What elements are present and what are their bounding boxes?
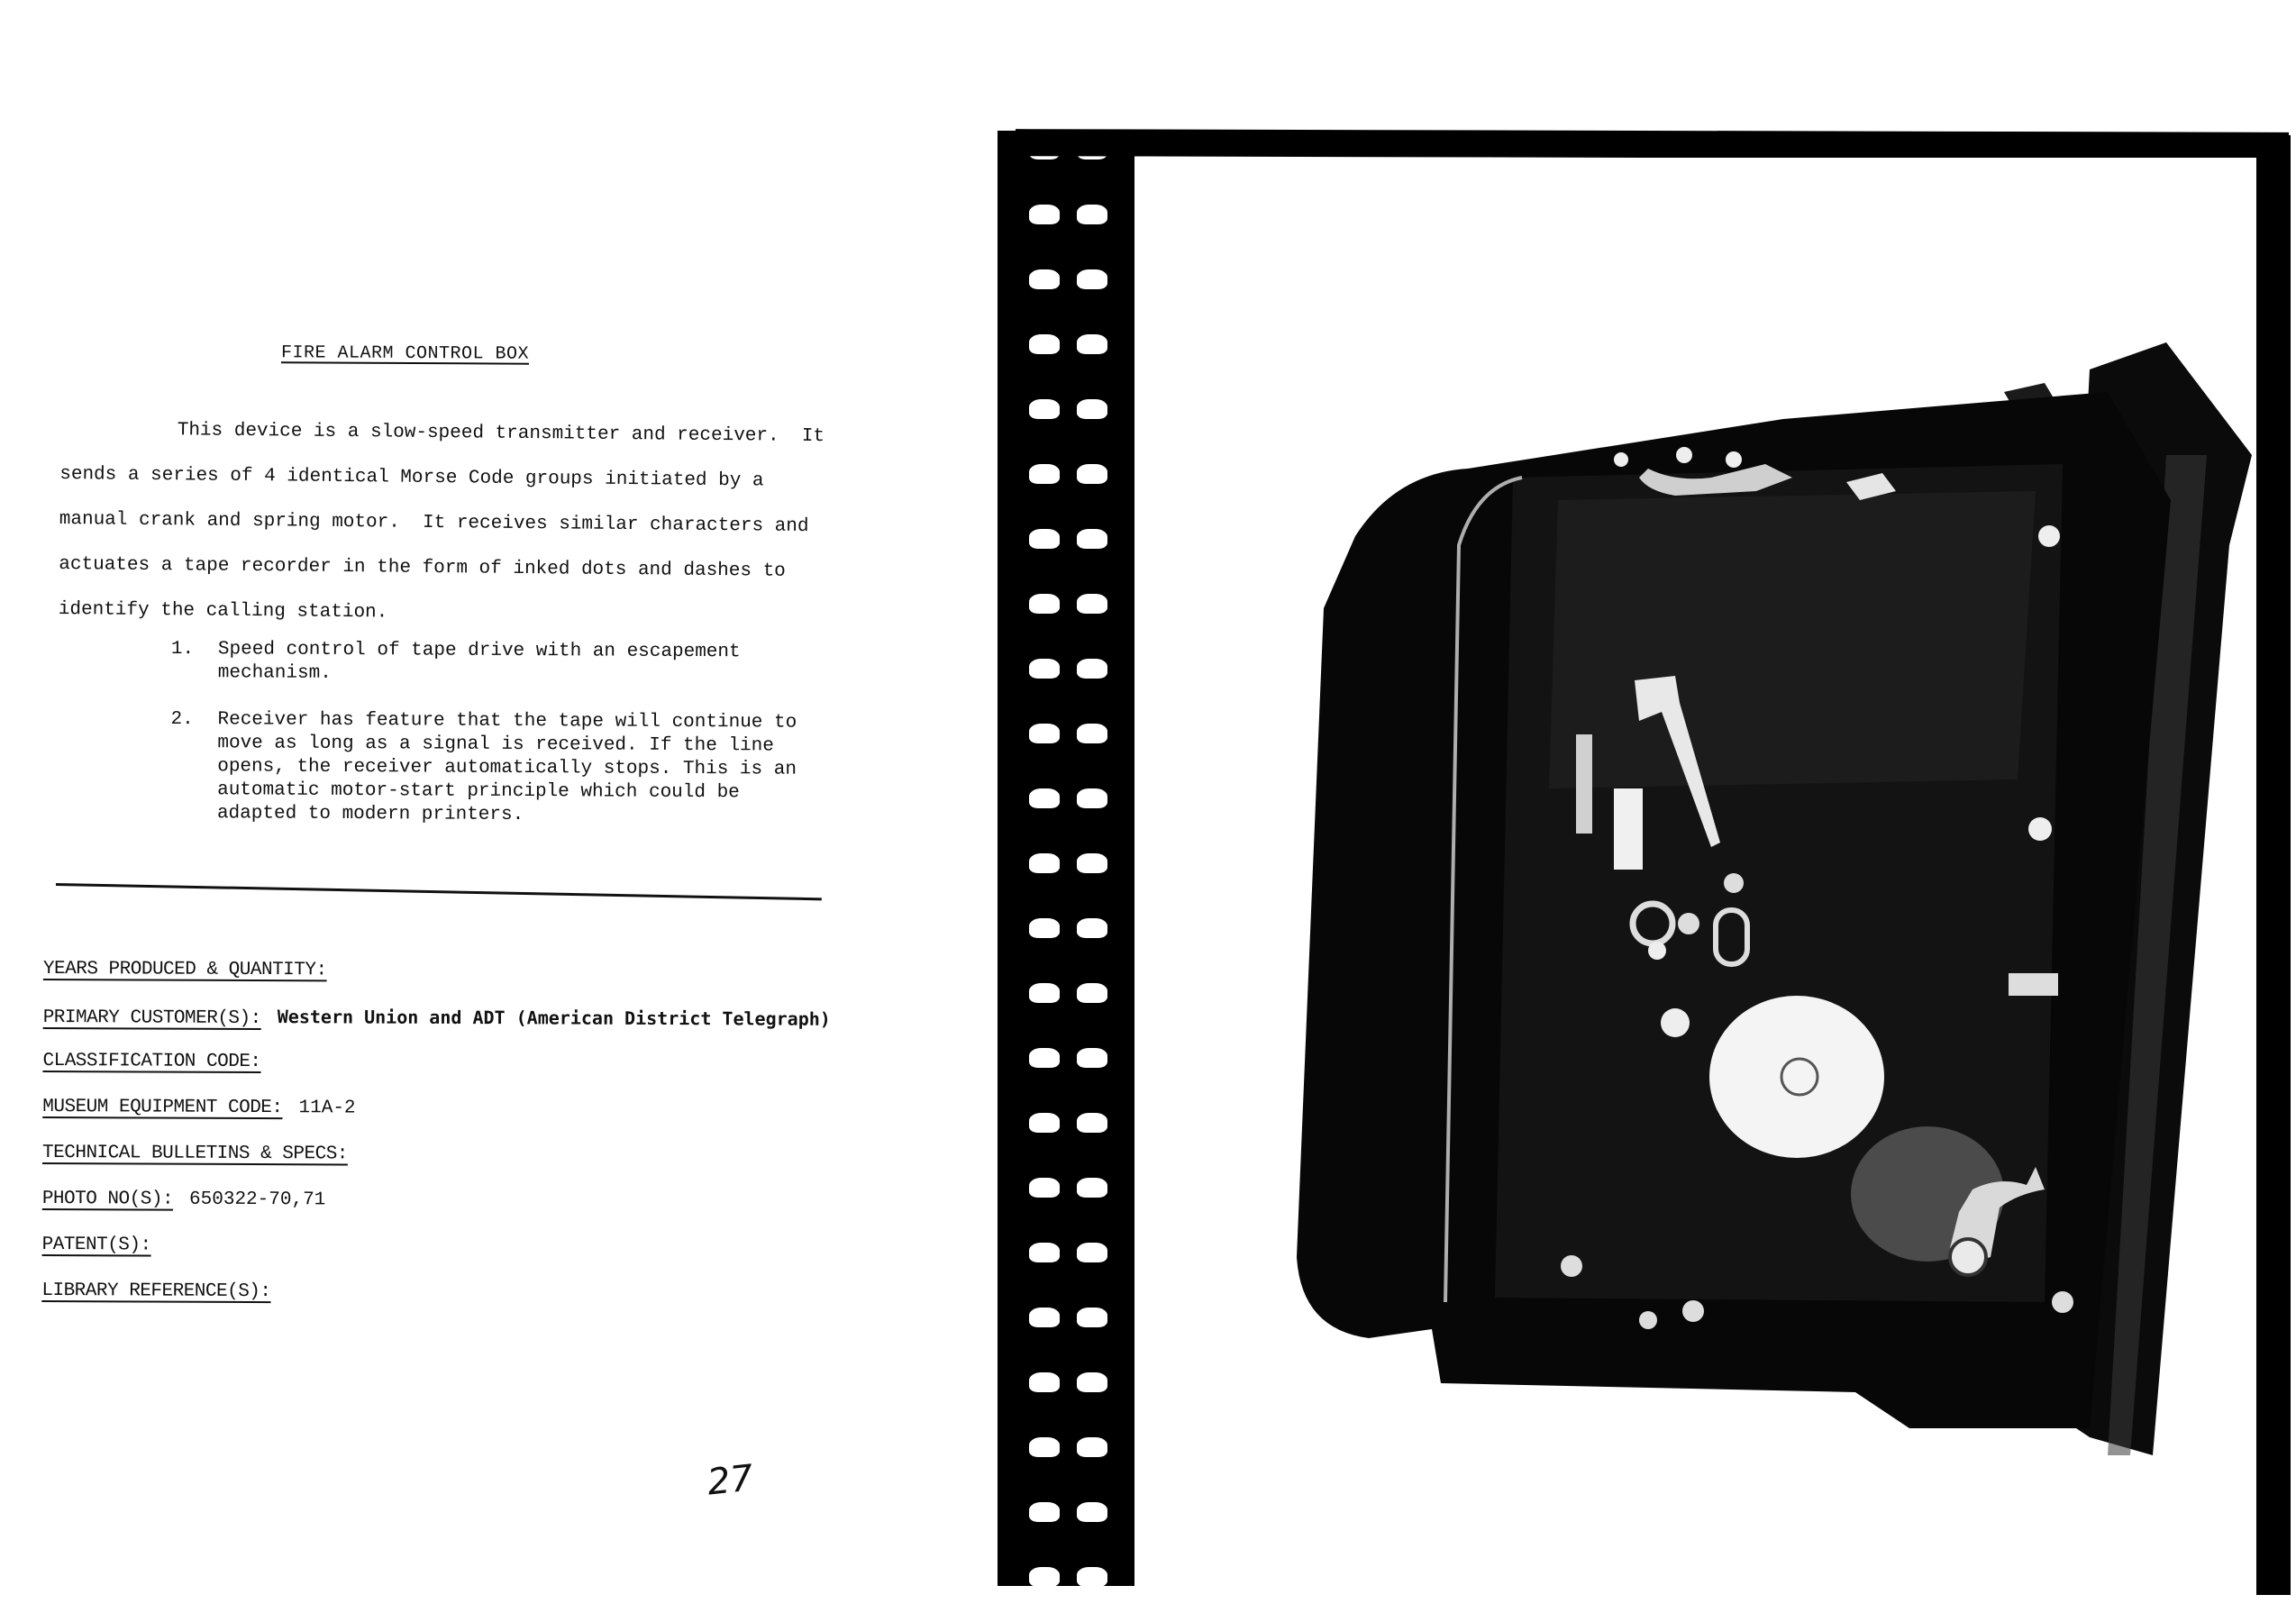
sprocket-hole <box>1029 1567 1060 1587</box>
sprocket-hole <box>1077 334 1107 354</box>
sprocket-hole <box>1077 1567 1107 1587</box>
paragraph-line: actuates a tape recorder in the form of … <box>59 542 852 595</box>
handwritten-page-number: 27 <box>706 1457 755 1503</box>
sprocket-hole <box>1077 1437 1107 1457</box>
sprocket-hole <box>1077 1502 1107 1522</box>
sprocket-hole <box>1029 1178 1060 1198</box>
sprocket-hole <box>1077 983 1107 1003</box>
feature-list: 1. Speed control of tape drive with an e… <box>170 638 820 852</box>
sprocket-hole <box>1077 918 1107 938</box>
sprocket-hole <box>1077 1048 1107 1068</box>
field-technical-bulletins: TECHNICAL BULLETINS & SPECS: <box>42 1143 830 1192</box>
sprocket-hole <box>1077 1243 1107 1262</box>
paragraph-line: manual crank and spring motor. It receiv… <box>59 497 852 550</box>
field-classification-code: CLASSIFICATION CODE: <box>42 1051 830 1100</box>
sprocket-hole <box>1077 724 1107 743</box>
sprocket-hole <box>1029 983 1060 1003</box>
sprocket-hole <box>1029 1372 1060 1392</box>
photo-frame-right <box>2256 135 2291 1595</box>
film-sprocket-strip <box>998 131 1134 1586</box>
sprocket-hole <box>1029 1048 1060 1068</box>
field-label: YEARS PRODUCED & QUANTITY: <box>43 959 327 980</box>
sprocket-hole <box>1029 724 1060 743</box>
field-label: PATENT(S): <box>42 1235 151 1256</box>
sprocket-hole <box>1029 464 1060 484</box>
sprocket-hole <box>1029 659 1060 679</box>
sprocket-hole <box>1029 1502 1060 1522</box>
description-paragraph: This device is a slow-speed transmitter … <box>59 407 853 640</box>
field-label: LIBRARY REFERENCE(S): <box>41 1280 270 1302</box>
photo-frame-top <box>1016 129 2289 159</box>
sprocket-hole <box>1029 1308 1060 1327</box>
field-library-references: LIBRARY REFERENCE(S): <box>41 1280 829 1330</box>
field-primary-customers: PRIMARY CUSTOMER(S):Western Union and AD… <box>43 1005 831 1054</box>
sprocket-hole <box>1077 853 1107 873</box>
sprocket-hole <box>1029 918 1060 938</box>
feature-number: 1. <box>171 638 218 685</box>
sprocket-hole <box>1029 594 1060 614</box>
sprocket-hole <box>1029 205 1060 224</box>
sprocket-hole <box>1077 1113 1107 1133</box>
field-photo-numbers: PHOTO NO(S):650322-70,71 <box>42 1189 830 1238</box>
paragraph-line: identify the calling station. <box>59 588 852 640</box>
feature-number: 2. <box>170 708 218 825</box>
field-label: PHOTO NO(S): <box>42 1189 173 1210</box>
sprocket-hole <box>1077 464 1107 484</box>
photo-panel <box>998 131 2291 1586</box>
field-value: 650322-70,71 <box>189 1189 325 1211</box>
field-museum-equipment-code: MUSEUM EQUIPMENT CODE:11A-2 <box>42 1097 830 1146</box>
sprocket-hole <box>1029 788 1060 808</box>
sprocket-hole <box>1029 1437 1060 1457</box>
field-patents: PATENT(S): <box>41 1235 829 1284</box>
sprocket-hole <box>1029 269 1060 289</box>
sprocket-hole <box>1077 594 1107 614</box>
sprocket-hole <box>1029 529 1060 549</box>
paragraph-line: This device is a slow-speed transmitter … <box>60 407 853 460</box>
sprocket-hole <box>1077 659 1107 679</box>
sprocket-hole <box>1077 269 1107 289</box>
sprocket-hole <box>1077 529 1107 549</box>
feature-item: 2. Receiver has feature that the tape wi… <box>170 708 820 829</box>
sprocket-hole <box>1077 399 1107 419</box>
document-title: FIRE ALARM CONTROL BOX <box>281 342 529 364</box>
sprocket-hole <box>1077 788 1107 808</box>
text-page: FIRE ALARM CONTROL BOX This device is a … <box>0 0 991 1622</box>
fire-alarm-box-photo <box>1134 158 2256 1586</box>
sprocket-hole <box>1029 334 1060 354</box>
device-photograph <box>1134 158 2256 1586</box>
sprocket-hole <box>1029 1243 1060 1262</box>
field-label: CLASSIFICATION CODE: <box>42 1051 260 1072</box>
field-label: MUSEUM EQUIPMENT CODE: <box>42 1097 282 1118</box>
field-years-produced: YEARS PRODUCED & QUANTITY: <box>43 959 831 1008</box>
spec-fields: YEARS PRODUCED & QUANTITY: PRIMARY CUSTO… <box>41 959 831 1330</box>
field-value: Western Union and ADT (American District… <box>278 1006 831 1030</box>
sprocket-hole <box>1077 1372 1107 1392</box>
feature-item: 1. Speed control of tape drive with an e… <box>171 638 820 688</box>
section-divider <box>56 883 822 900</box>
feature-text: Speed control of tape drive with an esca… <box>218 638 820 688</box>
paragraph-line: sends a series of 4 identical Morse Code… <box>59 452 852 505</box>
field-value: 11A-2 <box>298 1098 355 1118</box>
sprocket-hole <box>1029 399 1060 419</box>
field-label: TECHNICAL BULLETINS & SPECS: <box>42 1143 348 1164</box>
sprocket-hole <box>1077 205 1107 224</box>
sprocket-hole <box>1077 1308 1107 1327</box>
field-label: PRIMARY CUSTOMER(S): <box>43 1007 261 1029</box>
sprocket-hole <box>1077 1178 1107 1198</box>
sprocket-hole <box>1029 853 1060 873</box>
feature-text: Receiver has feature that the tape will … <box>217 708 820 828</box>
sprocket-hole <box>1029 1113 1060 1133</box>
